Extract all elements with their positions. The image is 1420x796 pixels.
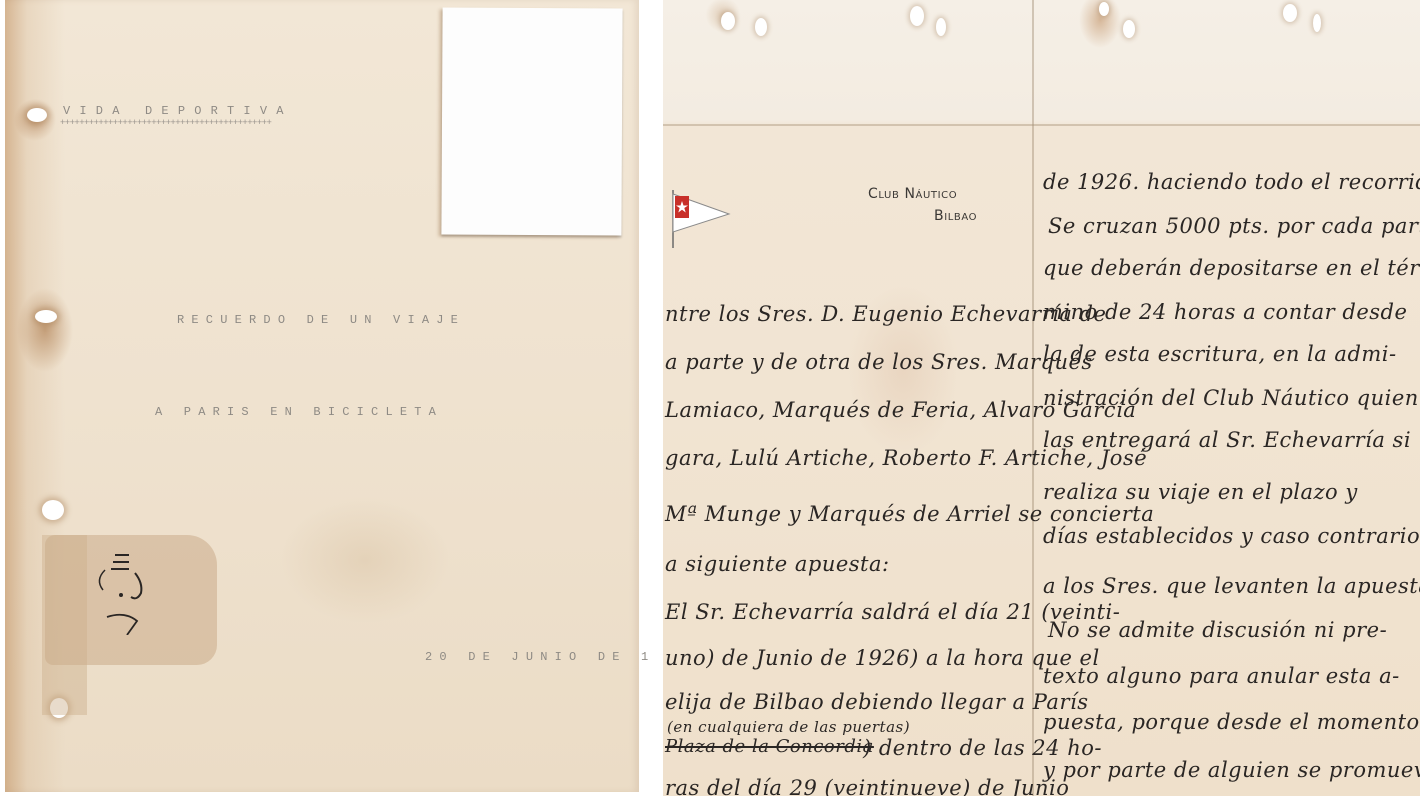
letter-line: que deberán depositarse en el tér-	[1043, 256, 1420, 280]
letter-line: ntre los Sres. D. Eugenio Echevarría de	[665, 302, 1106, 326]
punch-hole	[27, 108, 47, 122]
letter-line: nistración del Club Náutico quien	[1043, 386, 1419, 410]
letter-line: mino de 24 horas a contar desde	[1043, 300, 1407, 324]
letter-line: Se cruzan 5000 pts. por cada parte	[1048, 214, 1420, 238]
tape-strip	[42, 535, 87, 715]
letter-line: a siguiente apuesta:	[665, 552, 890, 576]
yacht-club-pennant-icon	[671, 188, 731, 248]
letter-line: ) dentro de las 24 ho-	[863, 736, 1102, 760]
letter-line: No se admite discusión ni pre-	[1048, 618, 1387, 642]
punch-hole	[1123, 20, 1135, 38]
letter-line: ras del día 29 (veintinueve) de Junio	[665, 776, 1069, 796]
letter-line: y por parte de alguien se promueva	[1043, 758, 1420, 782]
punch-hole	[755, 18, 767, 36]
letter-struck-text: Plaza de la Concordia	[665, 736, 874, 757]
punch-hole	[1313, 14, 1321, 32]
date-line: 2 0 D E J U N I O D E 1	[425, 650, 648, 664]
punch-hole	[1099, 2, 1109, 16]
letter-line: a los Sres. que levanten la apuesta	[1043, 574, 1420, 598]
letter-line: la de esta escritura, en la admi-	[1043, 342, 1397, 366]
punch-hole	[721, 12, 735, 30]
letterhead: Club Náutico Bilbao	[868, 183, 977, 227]
pen-sketch-icon	[85, 545, 165, 635]
letter-line: uno) de Junio de 1926) a la hora que el	[665, 646, 1100, 670]
section-underline: ++++++++++++++++++++++++++++++++++++++++…	[60, 118, 271, 128]
letterhead-club-name: Club Náutico	[868, 186, 957, 202]
handwritten-letter-page: Club Náutico Bilbao ntre los Sres. D. Eu…	[663, 0, 1420, 796]
letter-line: realiza su viaje en el plazo y	[1043, 480, 1358, 504]
section-header: V I D A D E P O R T I V A	[63, 104, 284, 118]
punch-hole	[1283, 4, 1297, 22]
horizontal-fold	[663, 124, 1420, 126]
punch-hole	[910, 6, 924, 26]
letter-line: las entregará al Sr. Echevarría si	[1043, 428, 1411, 452]
punch-hole	[35, 310, 57, 323]
letter-line: a parte y de otra de los Sres. Marqués	[665, 350, 1093, 374]
typed-cover-page: V I D A D E P O R T I V A ++++++++++++++…	[5, 0, 639, 792]
letterhead-city: Bilbao	[868, 205, 977, 227]
letter-line: de 1926. haciendo todo el recorrido en b…	[1043, 170, 1420, 194]
letter-line: Mª Munge y Marqués de Arriel se conciert…	[665, 502, 1154, 526]
title-line-1: R E C U E R D O D E U N V I A J E	[177, 313, 458, 327]
letter-insertion: (en cualquiera de las puertas)	[667, 718, 910, 736]
letter-line: elija de Bilbao debiendo llegar a París	[665, 690, 1088, 714]
letter-line: puesta, porque desde el momento	[1043, 710, 1420, 734]
title-line-2: A P A R I S E N B I C I C L E T A	[155, 405, 436, 419]
letter-line: texto alguno para anular esta a-	[1043, 664, 1400, 688]
white-paper-patch	[441, 8, 622, 236]
punch-hole	[936, 18, 946, 36]
punch-hole	[42, 500, 64, 520]
letter-line: días establecidos y caso contrario	[1043, 524, 1420, 548]
